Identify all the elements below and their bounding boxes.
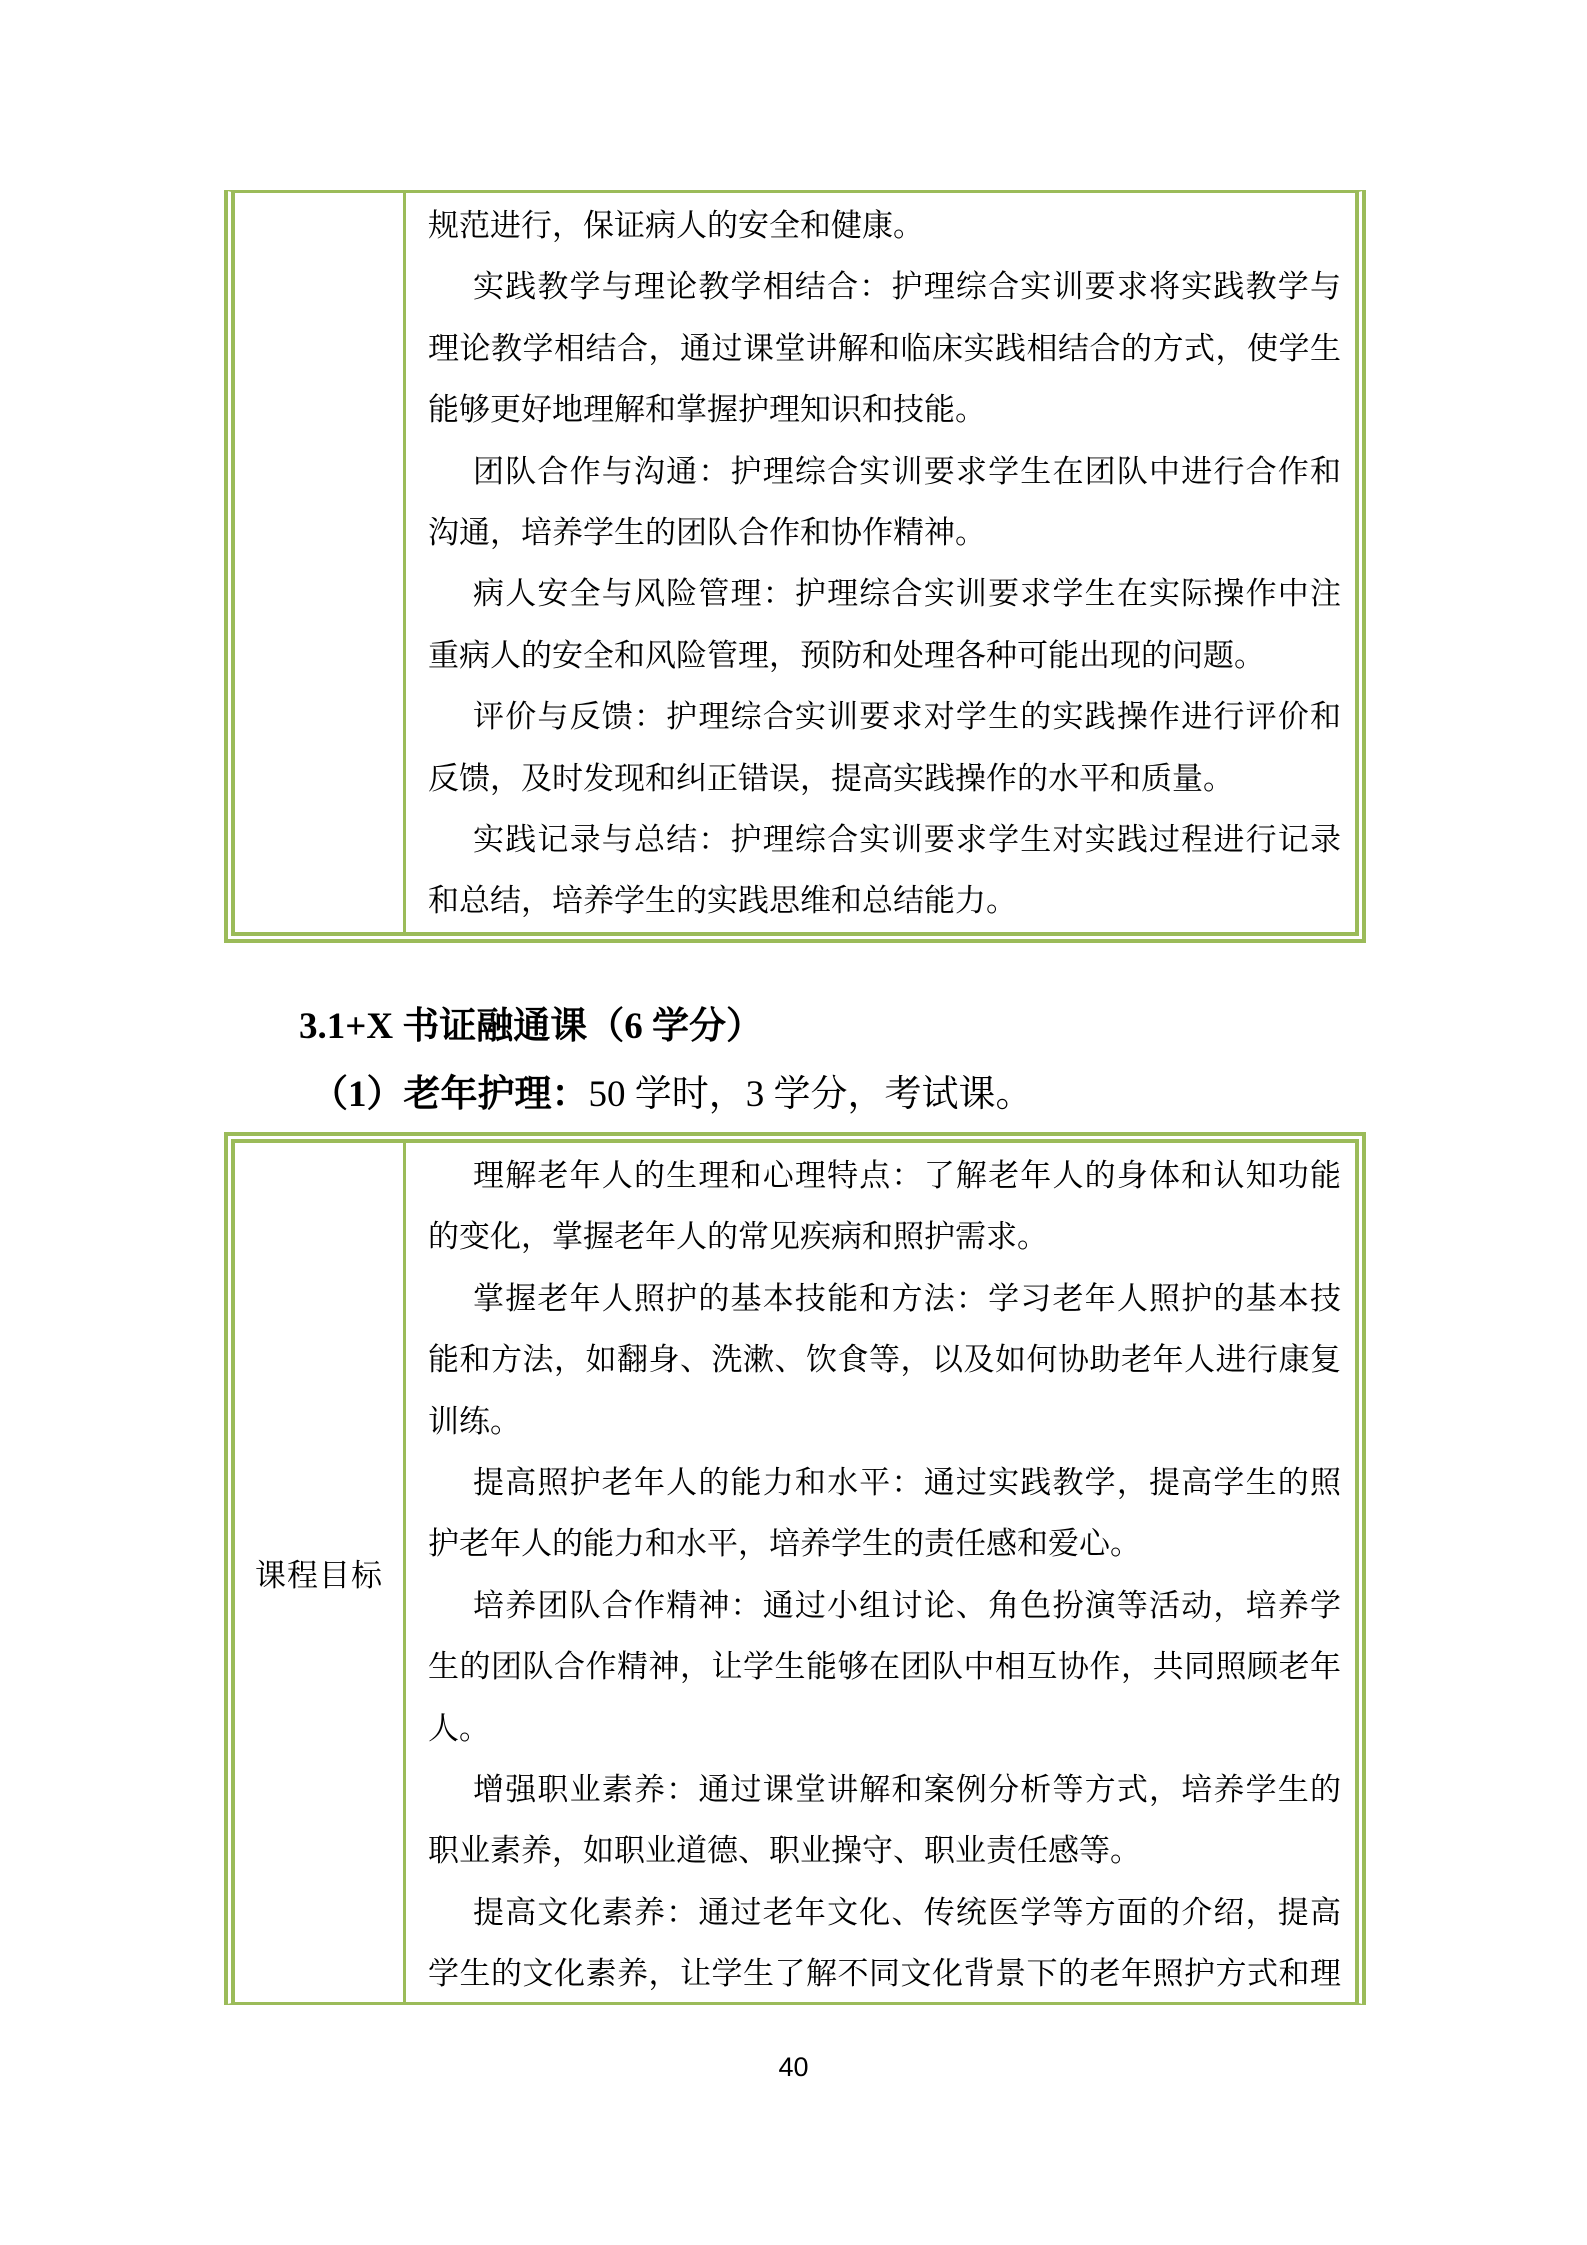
course-goals-label-cell: 课程目标	[235, 1143, 406, 2002]
course-goals-body-text: 理解老年人的生理和心理特点：了解老年人的身体和认知功能的变化，掌握老年人的常见疾…	[406, 1143, 1355, 2002]
table-text-line: 职业素养，如职业道德、职业操守、职业责任感等。	[428, 1820, 1341, 1881]
table-text-line: 评价与反馈：护理综合实训要求对学生的实践操作进行评价和	[428, 686, 1341, 747]
table-text-line: 能够更好地理解和掌握护理知识和技能。	[428, 379, 1341, 440]
table-text-line: 护老年人的能力和水平，培养学生的责任感和爱心。	[428, 1513, 1341, 1574]
table-text-line: 理论教学相结合，通过课堂讲解和临床实践相结合的方式，使学生	[428, 318, 1341, 379]
table-text-line: 生的团队合作精神，让学生能够在团队中相互协作，共同照顾老年	[428, 1636, 1341, 1697]
table-text-line: 能和方法，如翻身、洗漱、饮食等，以及如何协助老年人进行康复	[428, 1329, 1341, 1390]
table-text-line: 增强职业素养：通过课堂讲解和案例分析等方式，培养学生的	[428, 1759, 1341, 1820]
table-text-line: 学生的文化素养，让学生了解不同文化背景下的老年照护方式和理	[428, 1943, 1341, 2002]
course-goals-table: 课程目标 理解老年人的生理和心理特点：了解老年人的身体和认知功能的变化，掌握老年…	[224, 1132, 1366, 2005]
table-text-line: 和总结，培养学生的实践思维和总结能力。	[428, 870, 1341, 931]
table-text-line: 团队合作与沟通：护理综合实训要求学生在团队中进行合作和	[428, 441, 1341, 502]
table-text-line: 培养团队合作精神：通过小组讨论、角色扮演等活动，培养学	[428, 1575, 1341, 1636]
table-text-line: 提高照护老年人的能力和水平：通过实践教学，提高学生的照	[428, 1452, 1341, 1513]
table-label-cell-empty	[235, 193, 406, 932]
table-text-line: 重病人的安全和风险管理，预防和处理各种可能出现的问题。	[428, 625, 1341, 686]
table-body-text: 规范进行，保证病人的安全和健康。实践教学与理论教学相结合：护理综合实训要求将实践…	[406, 193, 1355, 932]
table-text-line: 理解老年人的生理和心理特点：了解老年人的身体和认知功能	[428, 1145, 1341, 1206]
table-text-line: 沟通，培养学生的团队合作和协作精神。	[428, 502, 1341, 563]
table-text-line: 提高文化素养：通过老年文化、传统医学等方面的介绍，提高	[428, 1882, 1341, 1943]
course-heading-bold: （1）老年护理：	[311, 1074, 589, 1115]
course-heading: （1）老年护理：50 学时，3 学分，考试课。	[311, 1070, 1033, 1120]
table-text-line: 规范进行，保证病人的安全和健康。	[428, 195, 1341, 256]
section-heading: 3.1+X 书证融通课（6 学分）	[299, 1002, 763, 1052]
course-heading-rest: 50 学时，3 学分，考试课。	[589, 1074, 1033, 1115]
table-text-line: 病人安全与风险管理：护理综合实训要求学生在实际操作中注	[428, 563, 1341, 624]
page-number: 40	[0, 2052, 1587, 2083]
table-text-line: 人。	[428, 1698, 1341, 1759]
table-text-line: 训练。	[428, 1391, 1341, 1452]
table-text-line: 的变化，掌握老年人的常见疾病和照护需求。	[428, 1206, 1341, 1267]
table-text-line: 实践记录与总结：护理综合实训要求学生对实践过程进行记录	[428, 809, 1341, 870]
document-page: { "colors": { "table_border": "#9bbb59" …	[0, 0, 1587, 2245]
table-text-line: 反馈，及时发现和纠正错误，提高实践操作的水平和质量。	[428, 748, 1341, 809]
table-text-line: 实践教学与理论教学相结合：护理综合实训要求将实践教学与	[428, 256, 1341, 317]
training-requirements-table: 规范进行，保证病人的安全和健康。实践教学与理论教学相结合：护理综合实训要求将实践…	[224, 190, 1366, 943]
table-text-line: 掌握老年人照护的基本技能和方法：学习老年人照护的基本技	[428, 1268, 1341, 1329]
